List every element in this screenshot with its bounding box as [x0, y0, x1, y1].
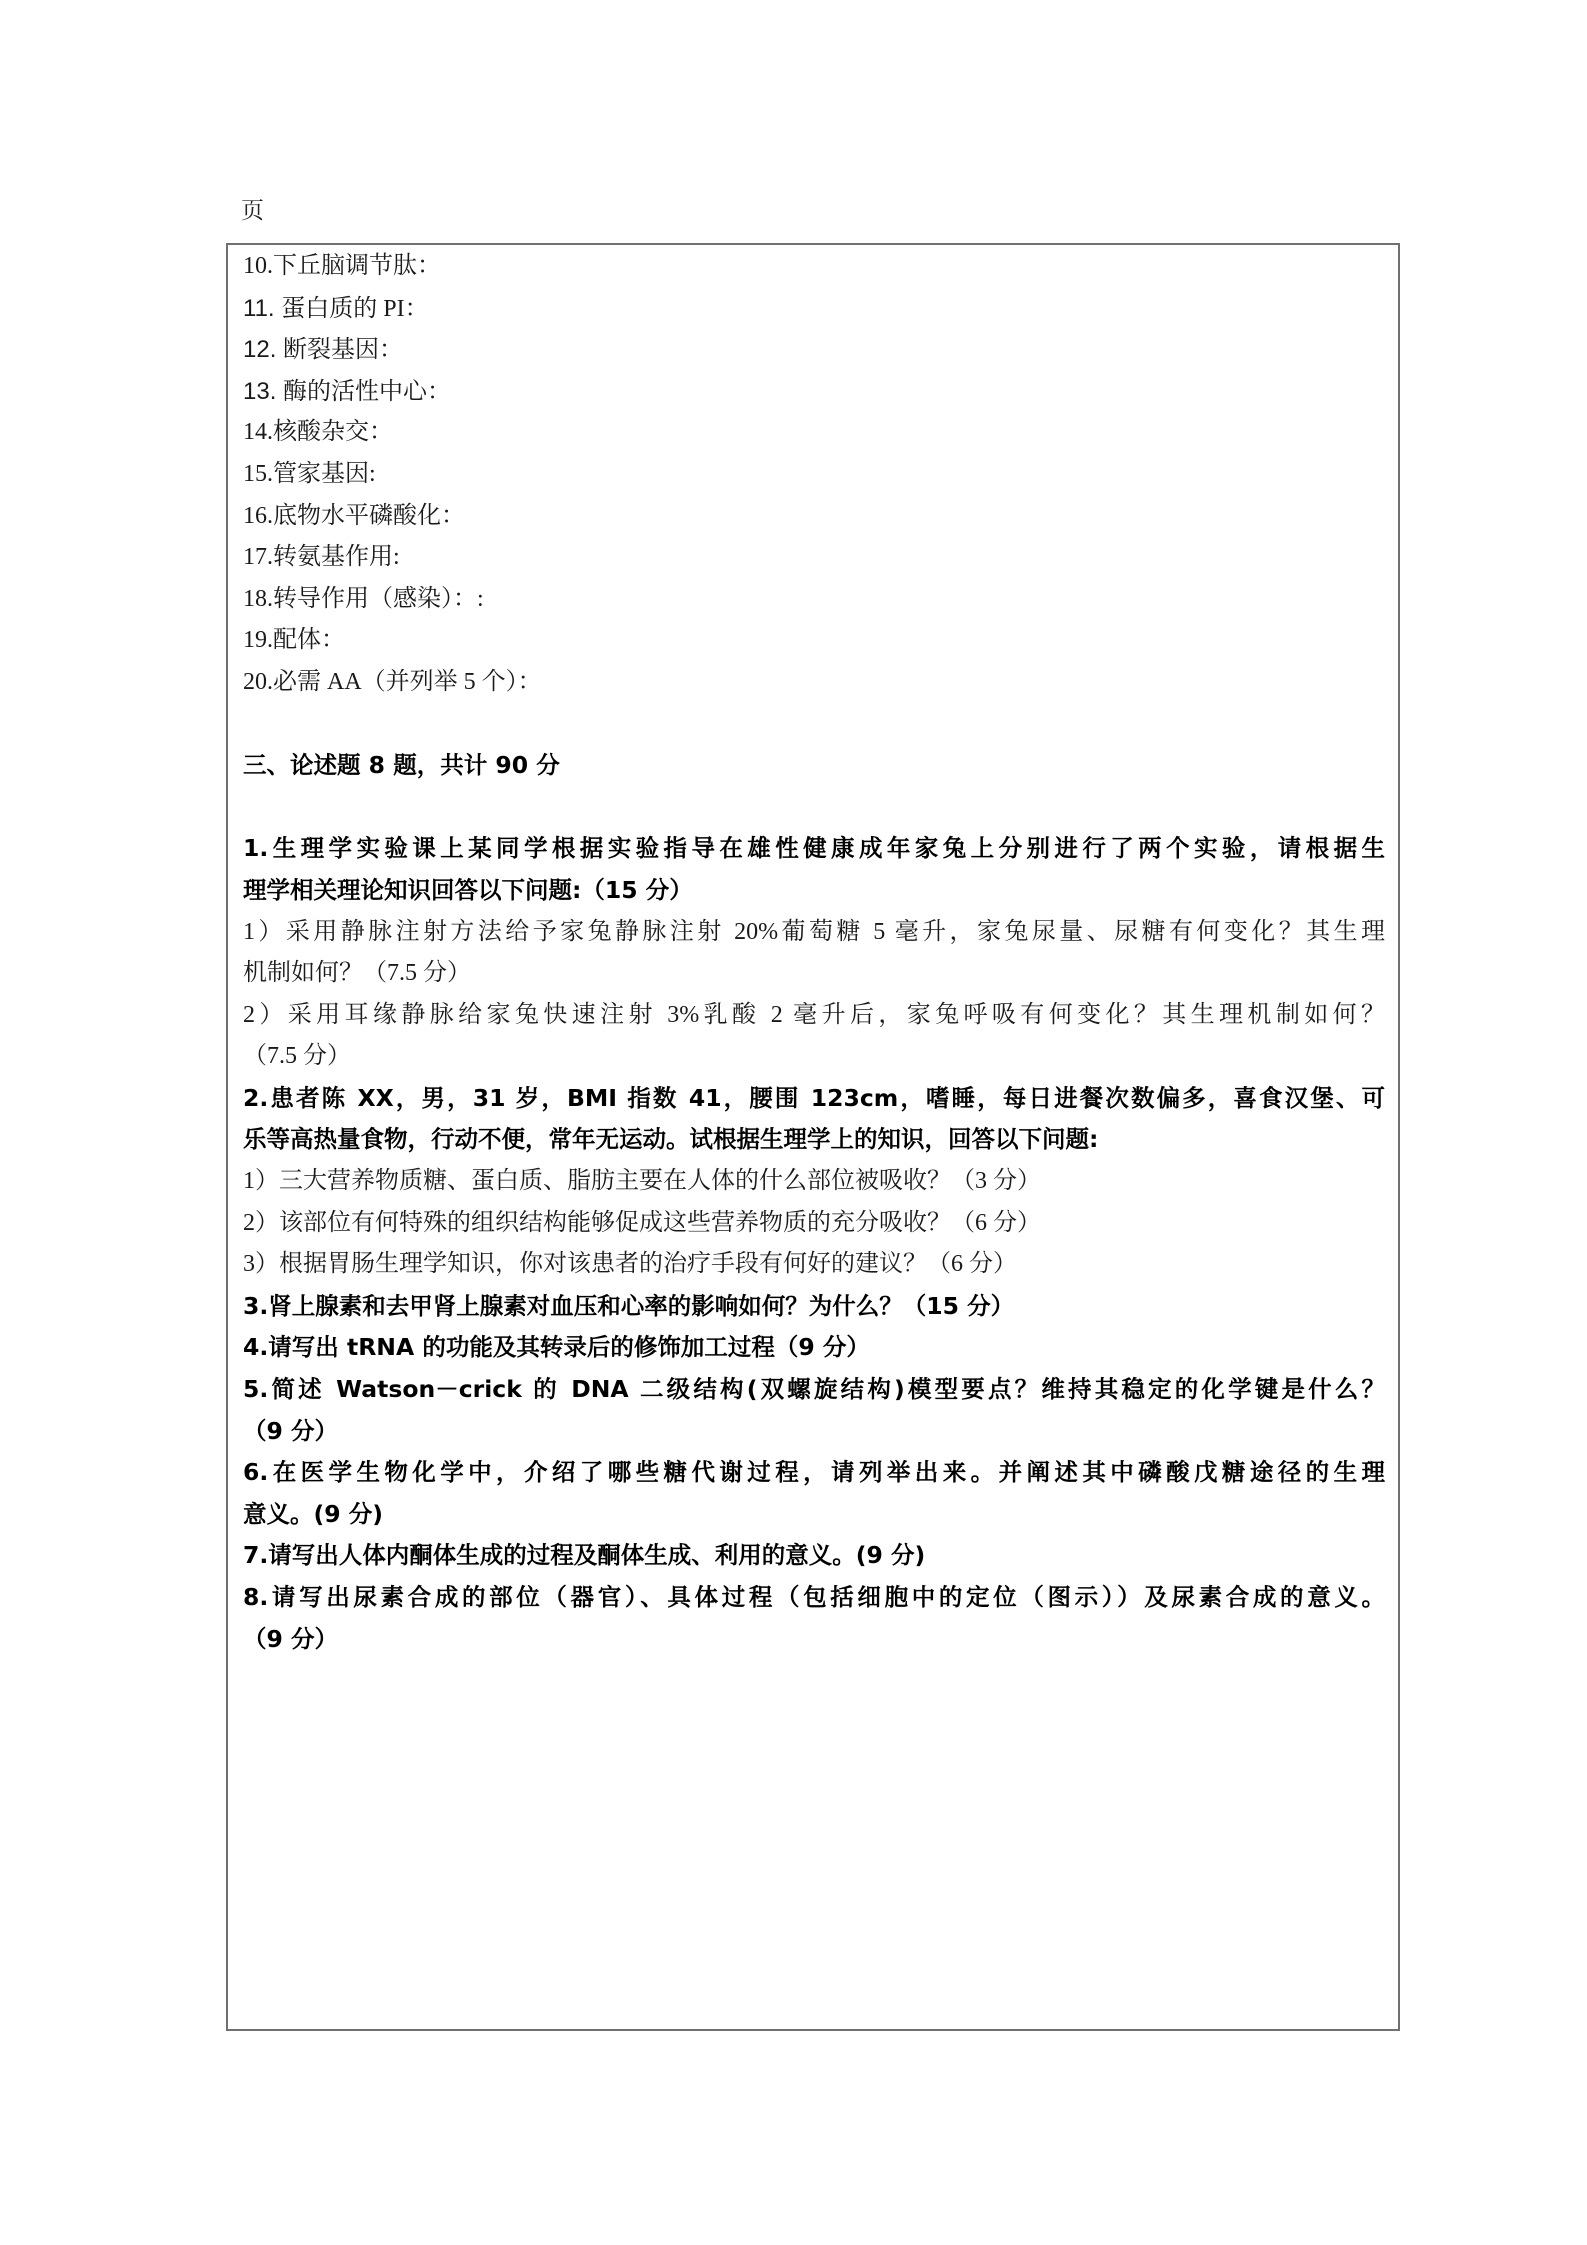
definition-item-18: 18.转导作用（感染）：: [243, 579, 1384, 621]
item-number: 11. [243, 295, 275, 322]
item-number: 15. [243, 461, 273, 487]
essay-question-1: 1.生理学实验课上某同学根据实验指导在雄性健康成年家兔上分别进行了两个实验，请根… [243, 828, 1384, 1078]
essay-question-2: 2.患者陈 XX，男，31 岁，BMI 指数 41，腰围 123cm，嗜睡，每日… [243, 1078, 1384, 1286]
sub-question-line: 3）根据胃肠生理学知识，你对该患者的治疗手段有何好的建议？（6 分） [243, 1244, 1384, 1286]
sub-question-line: 2）该部位有何特殊的组织结构能够促成这些营养物质的充分吸收？（6 分） [243, 1203, 1384, 1245]
section-heading-essay: 三、论述题 8 题，共计 90 分 [243, 745, 1384, 787]
item-number: 12. [243, 336, 276, 363]
page-header: 页 [241, 196, 264, 226]
spacer [243, 787, 1384, 829]
definition-item-19: 19.配体： [243, 620, 1384, 662]
item-number: 13. [243, 378, 276, 405]
definition-item-16: 16.底物水平磷酸化： [243, 496, 1384, 538]
item-text: 核酸杂交： [273, 419, 393, 445]
essay-question-4: 4.请写出 tRNA 的功能及其转录后的修饰加工过程（9 分） [243, 1327, 1384, 1369]
definition-item-13: 13. 酶的活性中心： [243, 371, 1384, 413]
sub-question-line: 机制如何？（7.5 分） [243, 953, 1384, 995]
item-number: 10. [243, 253, 273, 279]
question-text-line: 乐等高热量食物，行动不便，常年无运动。试根据生理学上的知识，回答以下问题: [243, 1119, 1384, 1161]
sub-question-line: 2）采用耳缘静脉给家兔快速注射 3%乳酸 2 毫升后，家兔呼吸有何变化？其生理机… [243, 995, 1385, 1037]
item-text: 转氨基作用: [273, 544, 400, 570]
definition-item-11: 11. 蛋白质的 PI： [243, 288, 1384, 330]
item-text: 转导作用（感染）：: [273, 586, 484, 612]
item-number: 14. [243, 419, 273, 445]
question-text-line: 意义。(9 分) [243, 1494, 1384, 1536]
essay-question-6: 6.在医学生物化学中，介绍了哪些糖代谢过程，请列举出来。并阐述其中磷酸戊糖途径的… [243, 1452, 1384, 1535]
question-text-line: 2.患者陈 XX，男，31 岁，BMI 指数 41，腰围 123cm，嗜睡，每日… [243, 1078, 1385, 1120]
item-number: 20. [243, 669, 273, 695]
item-text: 配体： [273, 627, 345, 653]
definition-item-17: 17.转氨基作用: [243, 537, 1384, 579]
definition-item-14: 14.核酸杂交： [243, 412, 1384, 454]
item-text: 底物水平磷酸化： [273, 503, 465, 529]
definition-item-15: 15.管家基因: [243, 454, 1384, 496]
item-text: 管家基因: [273, 461, 376, 487]
item-number: 19. [243, 627, 273, 653]
item-text: 断裂基因： [283, 337, 403, 363]
essay-question-8: 8.请写出尿素合成的部位（器官）、具体过程（包括细胞中的定位（图示））及尿素合成… [243, 1577, 1384, 1660]
question-text-line: 1.生理学实验课上某同学根据实验指导在雄性健康成年家兔上分别进行了两个实验，请根… [243, 828, 1385, 870]
question-text-line: （9 分） [243, 1411, 1384, 1453]
definitions-list: 10.下丘脑调节肽： 11. 蛋白质的 PI： 12. 断裂基因： 13. 酶的… [243, 246, 1384, 704]
sub-question-line: （7.5 分） [243, 1036, 1384, 1078]
spacer [243, 704, 1384, 746]
essay-question-5: 5.简述 Watson－crick 的 DNA 二级结构(双螺旋结构)模型要点？… [243, 1369, 1384, 1452]
item-number: 17. [243, 544, 273, 570]
item-text: 必需 AA（并列举 5 个）： [273, 669, 542, 695]
definition-item-20: 20.必需 AA（并列举 5 个）： [243, 662, 1384, 704]
exam-content-box: 10.下丘脑调节肽： 11. 蛋白质的 PI： 12. 断裂基因： 13. 酶的… [226, 243, 1400, 2031]
item-number: 18. [243, 586, 273, 612]
definition-item-10: 10.下丘脑调节肽： [243, 246, 1384, 288]
item-text: 下丘脑调节肽： [273, 253, 441, 279]
essay-question-7: 7.请写出人体内酮体生成的过程及酮体生成、利用的意义。(9 分) [243, 1535, 1384, 1577]
item-text: 蛋白质的 PI： [281, 296, 428, 322]
question-text-line: 5.简述 Watson－crick 的 DNA 二级结构(双螺旋结构)模型要点？… [243, 1369, 1385, 1411]
item-text: 酶的活性中心： [283, 379, 451, 405]
item-number: 16. [243, 503, 273, 529]
essay-question-3: 3.肾上腺素和去甲肾上腺素对血压和心率的影响如何？为什么？（15 分） [243, 1286, 1384, 1328]
question-text-line: 8.请写出尿素合成的部位（器官）、具体过程（包括细胞中的定位（图示））及尿素合成… [243, 1577, 1385, 1619]
question-text-line: 理学相关理论知识回答以下问题:（15 分） [243, 870, 1384, 912]
definition-item-12: 12. 断裂基因： [243, 329, 1384, 371]
question-text-line: （9 分） [243, 1619, 1384, 1661]
question-text-line: 6.在医学生物化学中，介绍了哪些糖代谢过程，请列举出来。并阐述其中磷酸戊糖途径的… [243, 1452, 1385, 1494]
sub-question-line: 1）三大营养物质糖、蛋白质、脂肪主要在人体的什么部位被吸收？（3 分） [243, 1161, 1384, 1203]
sub-question-line: 1）采用静脉注射方法给予家兔静脉注射 20%葡萄糖 5 毫升，家兔尿量、尿糖有何… [243, 912, 1385, 954]
